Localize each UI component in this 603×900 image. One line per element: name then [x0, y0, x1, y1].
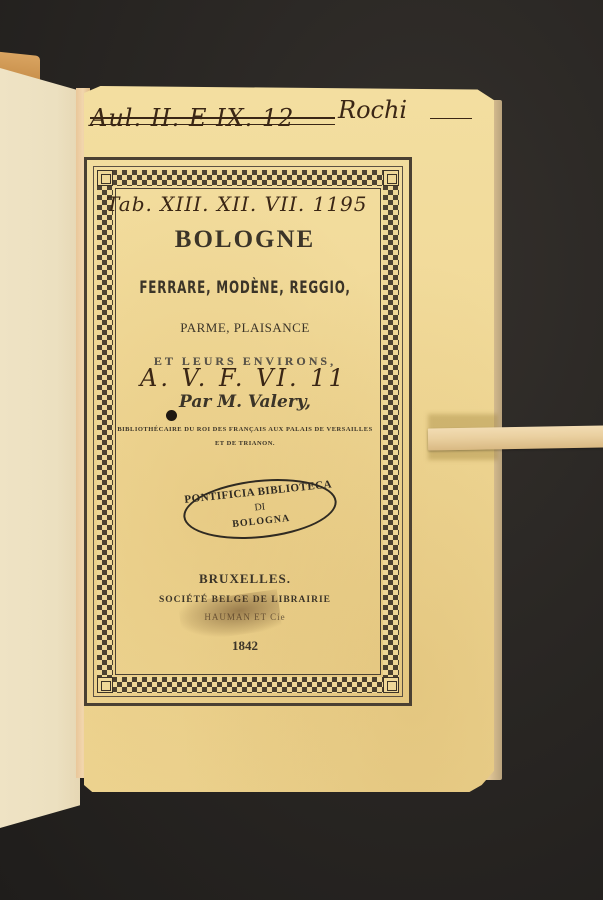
subtitle-more-cities: PARME, PLAISANCE [84, 320, 406, 336]
checker-band-top [97, 170, 399, 186]
imprint-city: BRUXELLES. [84, 571, 406, 587]
strike-line [90, 117, 335, 119]
wooden-bookmark-stick [428, 425, 603, 450]
imprint-year: 1842 [84, 638, 406, 654]
subtitle-cities: FERRARE, MODÈNE, REGGIO, [119, 278, 370, 298]
left-flyleaf [0, 68, 80, 828]
author-role-line-1: BIBLIOTHÉCAIRE DU ROI DES FRANÇAIS AUX P… [84, 426, 406, 433]
corner-ornament [97, 170, 113, 186]
signature-flourish [430, 118, 472, 119]
book-title: BOLOGNE [84, 226, 406, 254]
corner-ornament [97, 677, 113, 693]
strike-line [90, 124, 335, 125]
author-line: Par M. Valery, [84, 392, 406, 412]
ink-blot [166, 410, 177, 421]
handwritten-old-shelfmark: Aul. II. E IX. 12 [90, 104, 294, 132]
author-role-line-2: ET DE TRIANON. [84, 440, 406, 447]
checker-band-bottom [97, 677, 399, 693]
corner-ornament [383, 677, 399, 693]
corner-ornament [383, 170, 399, 186]
handwritten-new-shelfmark: A. V. F. VI. 11 [140, 364, 347, 392]
handwritten-signature: Rochi [338, 96, 407, 124]
handwritten-crossed-shelfmark: Tab. XIII. XII. VII. 1195 [106, 192, 368, 216]
